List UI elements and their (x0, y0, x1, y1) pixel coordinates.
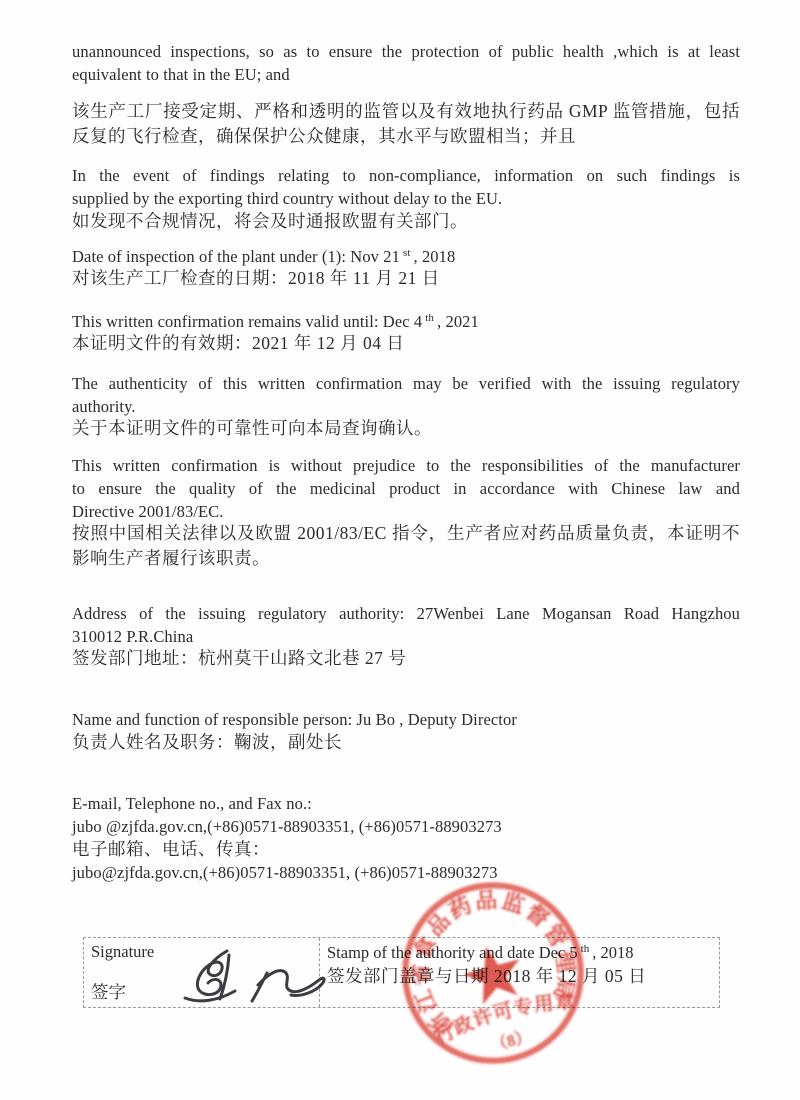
text-segment: Date of inspection of the plant under (1… (72, 247, 400, 266)
authenticity-en: The authenticity of this written confirm… (72, 372, 740, 418)
text-line: equivalent to that in the EU; and (72, 63, 740, 86)
paragraph-findings-en: In the event of findings relating to non… (72, 164, 740, 210)
contact-line: E-mail, Telephone no., and Fax no.: (72, 792, 740, 815)
text-line: In the event of findings relating to non… (72, 164, 740, 187)
text-line: Address of the issuing regulatory author… (72, 602, 740, 625)
valid-until-zh: 本证明文件的有效期：2021 年 12 月 04 日 (72, 331, 740, 356)
text-line: Directive 2001/83/EC. (72, 500, 740, 523)
responsible-person-zh: 负责人姓名及职务：鞠波，副处长 (72, 730, 740, 755)
inspection-date-zh: 对该生产工厂检查的日期：2018 年 11 月 21 日 (72, 266, 740, 291)
text-line: 310012 P.R.China (72, 625, 740, 648)
text-line: 该生产工厂接受定期、严格和透明的监管以及有效地执行药品 GMP 监管措施，包括 (72, 99, 740, 124)
contact-line: jubo @zjfda.gov.cn,(+86)0571-88903351, (… (72, 815, 740, 838)
text-segment: , 2018 (414, 247, 456, 266)
paragraph-gmp-zh: 该生产工厂接受定期、严格和透明的监管以及有效地执行药品 GMP 监管措施，包括 … (72, 99, 740, 149)
text-segment: , 2018 (592, 943, 633, 962)
paragraph-unannounced: unannounced inspections, so as to ensure… (72, 40, 740, 86)
authority-address-zh: 签发部门地址：杭州莫干山路文北巷 27 号 (72, 646, 740, 671)
paragraph-findings-zh: 如发现不合规情况，将会及时通报欧盟有关部门。 (72, 209, 740, 234)
text-line: 按照中国相关法律以及欧盟 2001/83/EC 指令，生产者应对药品质量负责，本… (72, 521, 740, 546)
text-line: The authenticity of this written confirm… (72, 372, 740, 395)
signature-label-zh: 签字 (91, 981, 126, 1003)
text-line: supplied by the exporting third country … (72, 187, 740, 210)
valid-until-en: This written confirmation remains valid … (72, 310, 740, 333)
star-icon (458, 939, 528, 1008)
authority-address-en: Address of the issuing regulatory author… (72, 602, 740, 648)
text-segment: This written confirmation remains valid … (72, 312, 422, 331)
signature-cell: Signature 签字 (84, 938, 320, 1007)
contact-line: 电子邮箱、电话、传真： (72, 838, 740, 861)
responsible-person-en: Name and function of responsible person:… (72, 708, 740, 731)
handwritten-signature (179, 945, 329, 1009)
text-segment: , 2021 (437, 312, 479, 331)
text-line: to ensure the quality of the medicinal p… (72, 477, 740, 500)
scanned-document-page: unannounced inspections, so as to ensure… (0, 0, 800, 1100)
authenticity-zh: 关于本证明文件的可靠性可向本局查询确认。 (72, 416, 740, 441)
text-line: 影响生产者履行该职责。 (72, 546, 740, 571)
inspection-date-en: Date of inspection of the plant under (1… (72, 245, 740, 268)
prejudice-zh: 按照中国相关法律以及欧盟 2001/83/EC 指令，生产者应对药品质量负责，本… (72, 521, 740, 571)
text-line: authority. (72, 395, 740, 418)
text-line: This written confirmation is without pre… (72, 454, 740, 477)
prejudice-en: This written confirmation is without pre… (72, 454, 740, 523)
text-line: 反复的飞行检查，确保保护公众健康，其水平与欧盟相当；并且 (72, 124, 740, 149)
text-line: unannounced inspections, so as to ensure… (72, 40, 740, 63)
red-authority-stamp: 浙江省食品药品监督管理局 行政许可专用章 （8） (391, 871, 595, 1075)
